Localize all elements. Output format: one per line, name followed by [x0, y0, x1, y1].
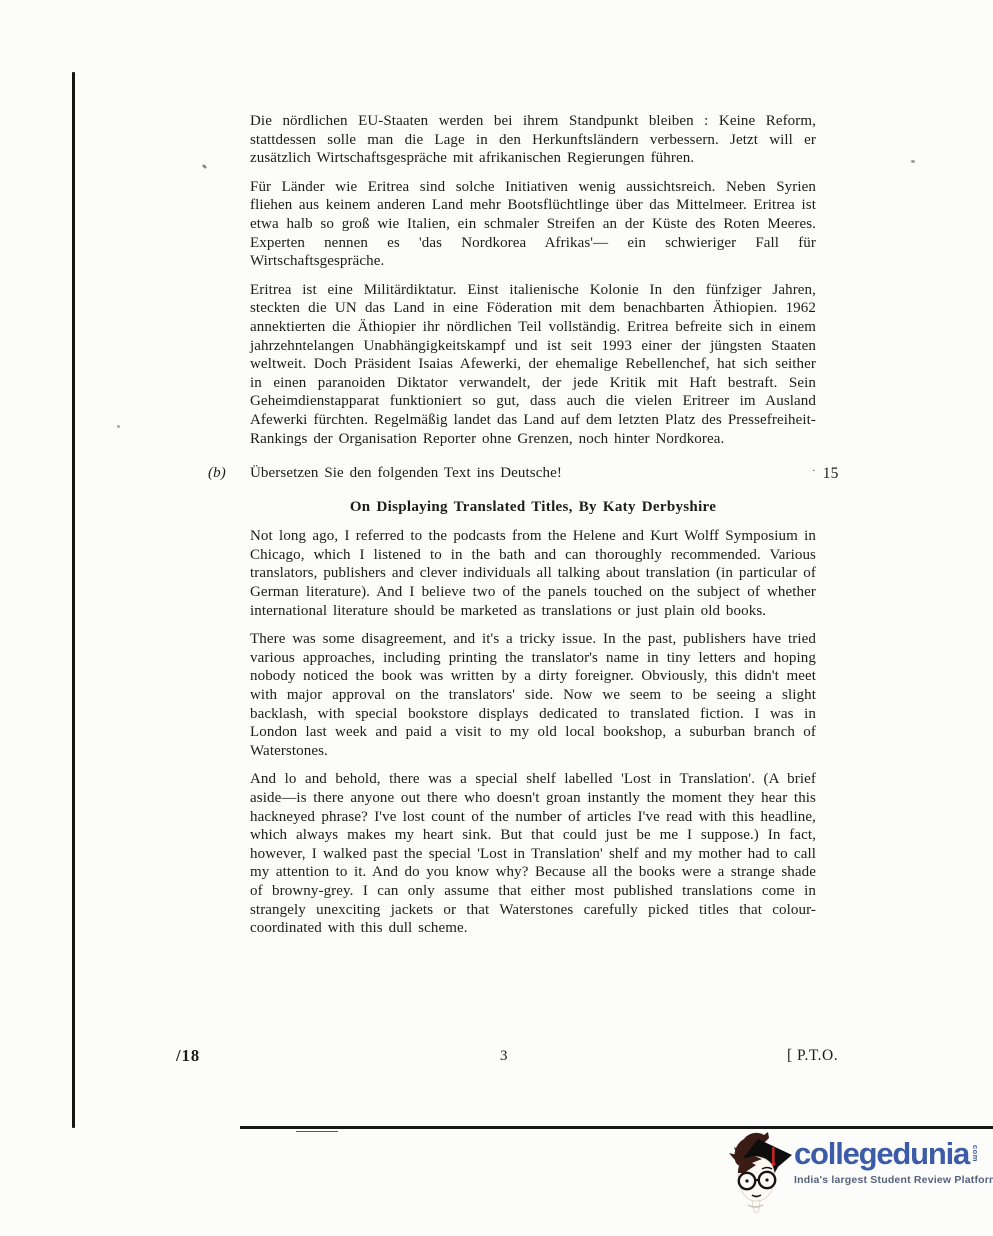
english-paragraph-3: And lo and behold, there was a special s… [250, 770, 816, 937]
marks-dot: · [812, 465, 816, 477]
page-left-edge-line [72, 72, 75, 1128]
english-paragraph-1: Not long ago, I referred to the podcasts… [250, 527, 816, 620]
marks-value: 15 [823, 465, 839, 482]
question-b-text: Übersetzen Sie den folgenden Text ins De… [250, 465, 562, 481]
english-paragraph-2: There was some disagreement, and it's a … [250, 630, 816, 760]
scan-speck [117, 425, 120, 428]
scan-speck [202, 164, 208, 170]
collegedunia-watermark: collegedunia com India's largest Student… [722, 1125, 993, 1225]
scan-speck [911, 160, 915, 163]
footer-page-number: 3 [500, 1048, 508, 1065]
german-paragraph-2: Für Länder wie Eritrea sind solche Initi… [250, 178, 816, 271]
collegedunia-mascot-icon [728, 1129, 794, 1221]
question-b-label: (b) [208, 464, 226, 483]
footer-pto: [ P.T.O. [787, 1047, 838, 1065]
essay-heading: On Displaying Translated Titles, By Katy… [250, 498, 816, 517]
bottom-divider-fragment [296, 1131, 338, 1132]
question-b-row: (b) Übersetzen Sie den folgenden Text in… [250, 464, 816, 483]
page-text-column: Die nördlichen EU-Staaten werden bei ihr… [250, 112, 816, 938]
question-b-marks: ·15 [812, 462, 872, 484]
collegedunia-tld-text: com [971, 1145, 980, 1162]
collegedunia-brand-text: collegedunia [794, 1137, 969, 1171]
german-paragraph-1: Die nördlichen EU-Staaten werden bei ihr… [250, 112, 816, 168]
footer-total-marks: /18 [176, 1046, 200, 1066]
german-paragraph-3: Eritrea ist eine Militärdiktatur. Einst … [250, 281, 816, 448]
collegedunia-tagline: India's largest Student Review Platform [794, 1174, 993, 1186]
